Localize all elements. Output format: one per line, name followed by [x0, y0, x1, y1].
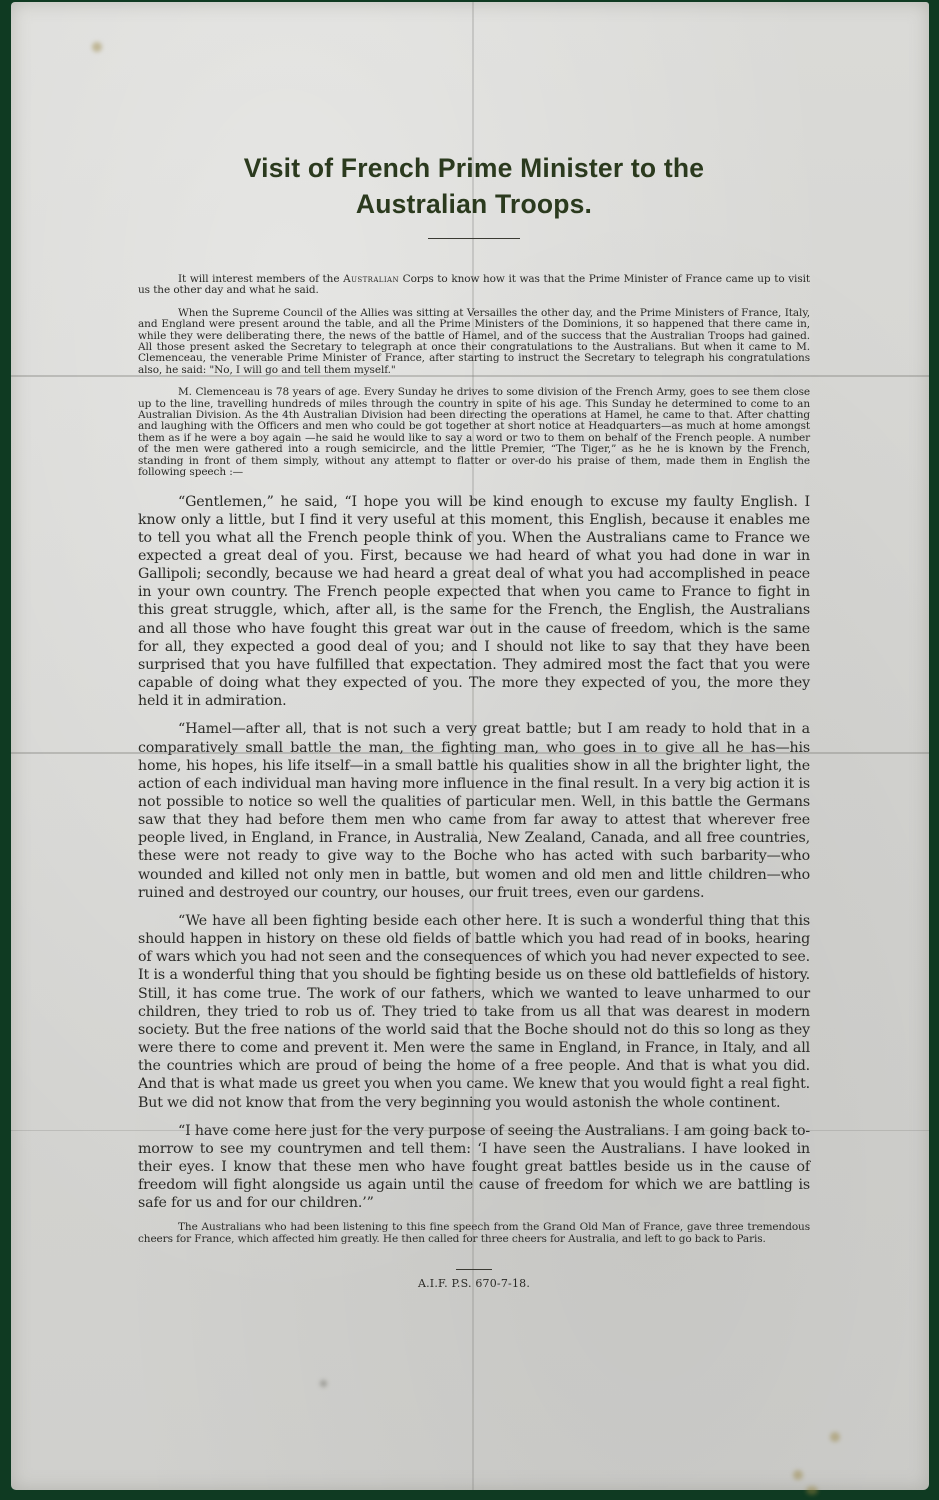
- speech-paragraph: “I have come here just for the very purp…: [138, 1122, 810, 1213]
- stain-mark: [92, 42, 102, 52]
- intro-paragraph: It will interest members of the Australi…: [138, 274, 810, 297]
- title-line-2: Australian Troops.: [138, 186, 810, 222]
- clemenceau-paragraph: M. Clemenceau is 78 years of age. Every …: [138, 387, 810, 478]
- versailles-paragraph: When the Supreme Council of the Allies w…: [138, 308, 810, 376]
- corps-name: Australian: [343, 273, 399, 285]
- speech-paragraph: “Gentlemen,” he said, “I hope you will b…: [138, 493, 810, 711]
- document-title: Visit of French Prime Minister to the Au…: [138, 150, 810, 222]
- stain-mark: [806, 1486, 818, 1495]
- stain-mark: [320, 1380, 327, 1387]
- closing-paragraph: The Australians who had been listening t…: [138, 1222, 810, 1245]
- speech-paragraph: “We have all been fighting beside each o…: [138, 912, 810, 1112]
- title-divider: [428, 238, 520, 239]
- title-line-1: Visit of French Prime Minister to the: [138, 150, 810, 186]
- print-reference: A.I.F. P.S. 670-7-18.: [138, 1277, 810, 1290]
- stain-mark: [830, 1432, 840, 1442]
- speech-paragraph: “Hamel—after all, that is not such a ver…: [138, 720, 810, 902]
- document-body: Visit of French Prime Minister to the Au…: [138, 140, 810, 1290]
- stain-mark: [793, 1470, 803, 1480]
- footer-divider: [456, 1269, 492, 1270]
